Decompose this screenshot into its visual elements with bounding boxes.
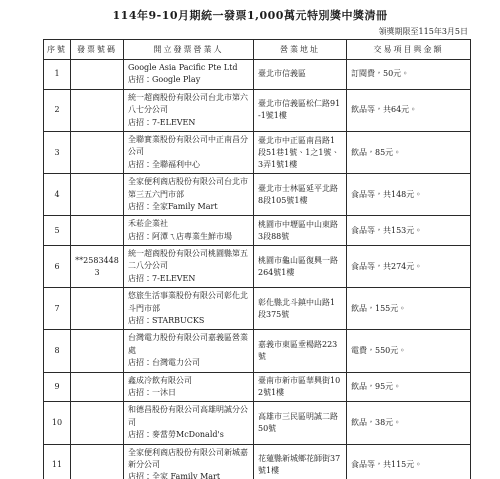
address-cell: 桃園市龜山區復興一路264號1樓 (254, 246, 347, 288)
seller-cell: 鑫成冷飲有限公司店招：一沐日 (124, 372, 254, 402)
seller-name: 悠旅生活事業股份有限公司彰化北斗門市部 (128, 290, 249, 315)
address-cell: 臺北市中正區南昌路1段51巷1號、1之1號、3弄1號1樓 (254, 131, 347, 173)
seller-cell: Google Asia Pacific Pte Ltd店招：Google Pla… (124, 60, 254, 90)
store-sign: 店招：全家Family Mart (128, 201, 249, 213)
store-sign: 店招：麥當勞McDonald's (128, 429, 249, 441)
seller-cell: 禾菘企業社店招：阿潭ㄟ店專業生鮮市場 (124, 216, 254, 246)
header-transaction: 交易項目與金額 (347, 40, 471, 60)
serial-number-cell: 1 (44, 60, 71, 90)
address-cell: 臺北市信義區 (254, 60, 347, 90)
seller-name: Google Asia Pacific Pte Ltd (128, 62, 249, 74)
serial-number-cell: 11 (44, 444, 71, 479)
transaction-cell: 電費，550元。 (347, 330, 471, 372)
serial-number-cell: 4 (44, 174, 71, 216)
serial-number-cell: 6 (44, 246, 71, 288)
store-sign: 店招：台灣電力公司 (128, 357, 249, 369)
invoice-number-cell (71, 372, 124, 402)
transaction-cell: 食品等，共115元。 (347, 444, 471, 479)
seller-name: 全家便利商店股份有限公司新城嘉新分公司 (128, 447, 249, 472)
transaction-cell: 訂閱費，50元。 (347, 60, 471, 90)
address-cell: 臺北市信義區松仁路91-1號1樓 (254, 89, 347, 131)
address-cell: 高雄市三民區明誠二路50號 (254, 402, 347, 444)
store-sign: 店招：STARBUCKS (128, 315, 249, 327)
table-row: 10和德昌股份有限公司高雄明誠分公司店招：麥當勞McDonald's高雄市三民區… (44, 402, 471, 444)
address-cell: 花蓮縣新城鄉花師街37號1樓 (254, 444, 347, 479)
serial-number-cell: 7 (44, 288, 71, 330)
address-cell: 嘉義市東區垂楊路223號 (254, 330, 347, 372)
header-address: 營業地址 (254, 40, 347, 60)
seller-name: 全聯實業股份有限公司中正南昌分公司 (128, 134, 249, 159)
address-cell: 臺北市士林區延平北路8段105號1樓 (254, 174, 347, 216)
invoice-number-cell (71, 174, 124, 216)
header-seller: 開立發票營業人 (124, 40, 254, 60)
table-row: 4全家便利商店股份有限公司台北市第三五六門市部店招：全家Family Mart臺… (44, 174, 471, 216)
invoice-number-cell: **25834483 (71, 246, 124, 288)
seller-cell: 悠旅生活事業股份有限公司彰化北斗門市部店招：STARBUCKS (124, 288, 254, 330)
seller-name: 鑫成冷飲有限公司 (128, 375, 249, 387)
invoice-number-cell (71, 60, 124, 90)
table-row: 9鑫成冷飲有限公司店招：一沐日臺南市新市區華興街102號1樓飲品，95元。 (44, 372, 471, 402)
serial-number-cell: 8 (44, 330, 71, 372)
table-row: 6**25834483統一超商股份有限公司桃園縣第五二八分公司店招：7-ELEV… (44, 246, 471, 288)
transaction-cell: 食品等，共274元。 (347, 246, 471, 288)
page-title: 114年9-10月期統一發票1,000萬元特別獎中獎清冊 (0, 0, 500, 23)
table-row: 3全聯實業股份有限公司中正南昌分公司店招：全聯福利中心臺北市中正區南昌路1段51… (44, 131, 471, 173)
serial-number-cell: 5 (44, 216, 71, 246)
transaction-cell: 飲品，95元。 (347, 372, 471, 402)
serial-number-cell: 3 (44, 131, 71, 173)
serial-number-cell: 2 (44, 89, 71, 131)
store-sign: 店招：Google Play (128, 74, 249, 86)
table-header-row: 序號 發票號碼 開立發票營業人 營業地址 交易項目與金額 (44, 40, 471, 60)
transaction-cell: 食品等，共153元。 (347, 216, 471, 246)
serial-number-cell: 10 (44, 402, 71, 444)
seller-name: 統一超商股份有限公司桃園縣第五二八分公司 (128, 248, 249, 273)
seller-cell: 全聯實業股份有限公司中正南昌分公司店招：全聯福利中心 (124, 131, 254, 173)
transaction-cell: 飲品，85元。 (347, 131, 471, 173)
deadline-note: 領獎期限至115年3月5日 (0, 23, 500, 39)
seller-name: 統一超商股份有限公司台北市第六八七分公司 (128, 92, 249, 117)
address-cell: 彰化縣北斗鎮中山路1段375號 (254, 288, 347, 330)
seller-name: 和德昌股份有限公司高雄明誠分公司 (128, 404, 249, 429)
store-sign: 店招：全聯福利中心 (128, 159, 249, 171)
transaction-cell: 食品等，共148元。 (347, 174, 471, 216)
seller-name: 台灣電力股份有限公司嘉義區營業處 (128, 332, 249, 357)
seller-cell: 全家便利商店股份有限公司台北市第三五六門市部店招：全家Family Mart (124, 174, 254, 216)
table-row: 1Google Asia Pacific Pte Ltd店招：Google Pl… (44, 60, 471, 90)
invoice-number-cell (71, 216, 124, 246)
serial-number-cell: 9 (44, 372, 71, 402)
seller-name: 全家便利商店股份有限公司台北市第三五六門市部 (128, 176, 249, 201)
seller-cell: 全家便利商店股份有限公司新城嘉新分公司店招：全家 Family Mart (124, 444, 254, 479)
table-row: 7悠旅生活事業股份有限公司彰化北斗門市部店招：STARBUCKS彰化縣北斗鎮中山… (44, 288, 471, 330)
store-sign: 店招：7-ELEVEN (128, 117, 249, 129)
transaction-cell: 飲品等，共64元。 (347, 89, 471, 131)
invoice-number-cell (71, 89, 124, 131)
winners-table: 序號 發票號碼 開立發票營業人 營業地址 交易項目與金額 1Google Asi… (43, 39, 471, 479)
seller-cell: 統一超商股份有限公司桃園縣第五二八分公司店招：7-ELEVEN (124, 246, 254, 288)
address-cell: 臺南市新市區華興街102號1樓 (254, 372, 347, 402)
invoice-number-cell (71, 131, 124, 173)
header-invoice-number: 發票號碼 (71, 40, 124, 60)
store-sign: 店招：阿潭ㄟ店專業生鮮市場 (128, 231, 249, 243)
store-sign: 店招：全家 Family Mart (128, 471, 249, 479)
transaction-cell: 飲品，155元。 (347, 288, 471, 330)
store-sign: 店招：一沐日 (128, 387, 249, 399)
seller-name: 禾菘企業社 (128, 218, 249, 230)
invoice-number-cell (71, 402, 124, 444)
seller-cell: 台灣電力股份有限公司嘉義區營業處店招：台灣電力公司 (124, 330, 254, 372)
seller-cell: 和德昌股份有限公司高雄明誠分公司店招：麥當勞McDonald's (124, 402, 254, 444)
table-row: 2統一超商股份有限公司台北市第六八七分公司店招：7-ELEVEN臺北市信義區松仁… (44, 89, 471, 131)
table-row: 5禾菘企業社店招：阿潭ㄟ店專業生鮮市場桃園市中壢區中山東路3段88號食品等，共1… (44, 216, 471, 246)
invoice-number-cell (71, 288, 124, 330)
seller-cell: 統一超商股份有限公司台北市第六八七分公司店招：7-ELEVEN (124, 89, 254, 131)
document-page: 114年9-10月期統一發票1,000萬元特別獎中獎清冊 領獎期限至115年3月… (0, 0, 500, 479)
table-row: 8台灣電力股份有限公司嘉義區營業處店招：台灣電力公司嘉義市東區垂楊路223號電費… (44, 330, 471, 372)
address-cell: 桃園市中壢區中山東路3段88號 (254, 216, 347, 246)
store-sign: 店招：7-ELEVEN (128, 273, 249, 285)
transaction-cell: 飲品，38元。 (347, 402, 471, 444)
invoice-number-cell (71, 330, 124, 372)
table-row: 11全家便利商店股份有限公司新城嘉新分公司店招：全家 Family Mart花蓮… (44, 444, 471, 479)
winners-table-body: 1Google Asia Pacific Pte Ltd店招：Google Pl… (44, 60, 471, 479)
header-serial-number: 序號 (44, 40, 71, 60)
invoice-number-cell (71, 444, 124, 479)
